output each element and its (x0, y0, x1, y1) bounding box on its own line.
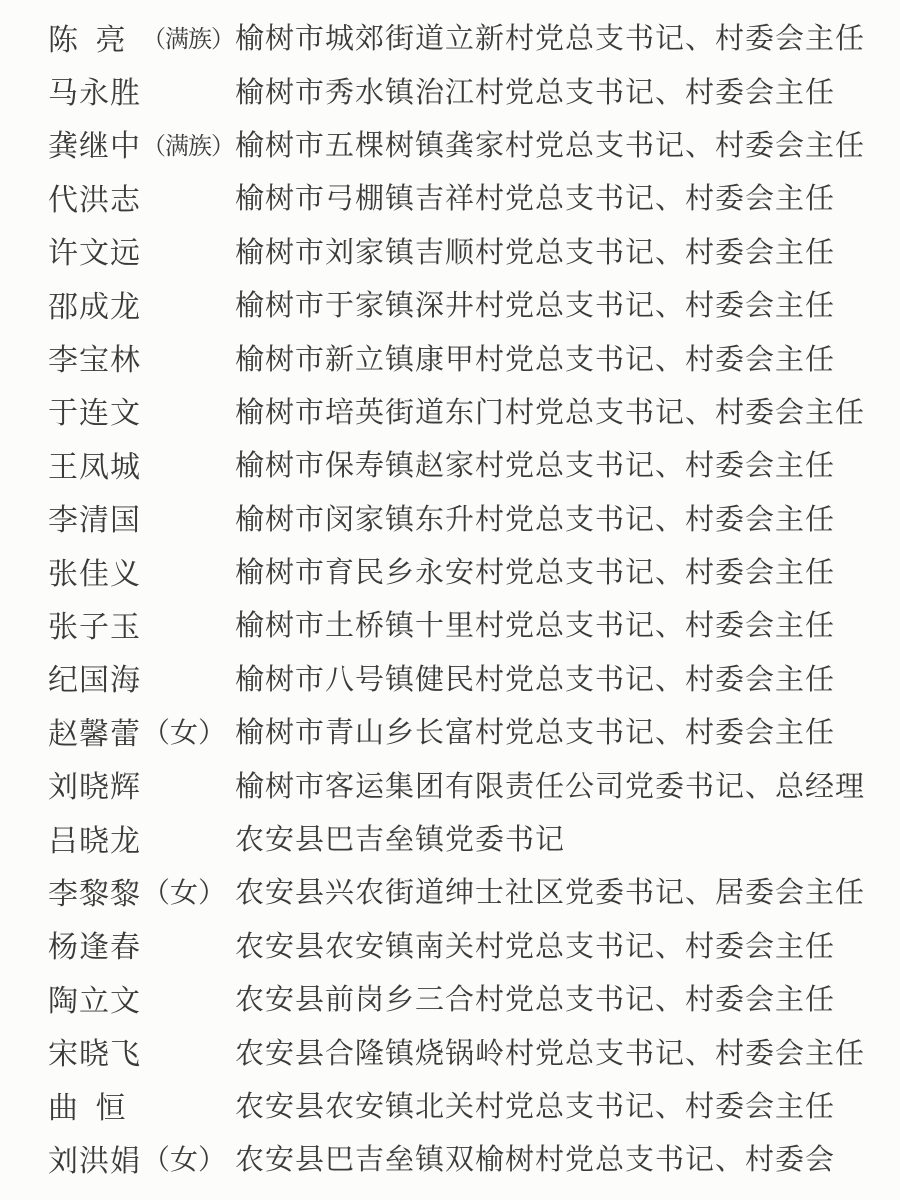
person-ethnicity-gender-tag: （满族） (142, 126, 234, 161)
person-name: 刘晓辉 (48, 762, 142, 806)
person-position: 榆树市闵家镇东升村党总支书记、村委会主任 (235, 497, 835, 538)
person-name: 纪国海 (48, 655, 142, 699)
person-name: 曲 恒 (48, 1083, 142, 1127)
name-cell: 吕晓龙 (48, 816, 235, 860)
list-item: 许文远 榆树市刘家镇吉顺村党总支书记、村委会主任 (48, 224, 880, 277)
list-item: 李黎黎 （女） 农安县兴农街道绅士社区党委书记、居委会主任 (48, 864, 880, 917)
person-name: 张子玉 (48, 602, 142, 646)
person-position: 榆树市育民乡永安村党总支书记、村委会主任 (235, 550, 835, 591)
name-cell: 于连文 (48, 388, 235, 432)
person-name: 李黎黎 (48, 869, 142, 913)
list-item: 龚继中 （满族） 榆树市五棵树镇龚家村党总支书记、村委会主任 (48, 117, 880, 170)
name-cell: 陶立文 (48, 976, 235, 1020)
name-cell: 许文远 (48, 228, 235, 272)
name-cell: 马永胜 (48, 68, 235, 112)
list-item: 吕晓龙 农安县巴吉垒镇党委书记 (48, 811, 880, 864)
list-item: 陈 亮 （满族） 榆树市城郊街道立新村党总支书记、村委会主任 (48, 10, 880, 63)
name-cell: 代洪志 (48, 175, 235, 219)
person-position: 榆树市于家镇深井村党总支书记、村委会主任 (235, 283, 835, 324)
person-name: 于连文 (48, 388, 142, 432)
person-position: 农安县兴农街道绅士社区党委书记、居委会主任 (235, 870, 865, 911)
person-position: 榆树市城郊街道立新村党总支书记、村委会主任 (235, 16, 865, 57)
name-cell: 李黎黎 （女） (48, 869, 235, 913)
list-item: 纪国海 榆树市八号镇健民村党总支书记、村委会主任 (48, 651, 880, 704)
name-cell: 杨逢春 (48, 922, 235, 966)
person-position: 农安县合隆镇烧锅岭村党总支书记、村委会主任 (235, 1031, 865, 1072)
person-name: 陶立文 (48, 976, 142, 1020)
person-position: 榆树市保寿镇赵家村党总支书记、村委会主任 (235, 443, 835, 484)
person-name: 邵成龙 (48, 282, 142, 326)
person-name: 马永胜 (48, 68, 142, 112)
person-name: 李宝林 (48, 335, 142, 379)
name-cell: 刘洪娟 （女） (48, 1136, 235, 1180)
person-name: 许文远 (48, 228, 142, 272)
person-name: 李清国 (48, 495, 142, 539)
list-item: 李清国 榆树市闵家镇东升村党总支书记、村委会主任 (48, 491, 880, 544)
person-ethnicity-gender-tag: （女） (142, 871, 226, 911)
person-name: 王凤城 (48, 442, 142, 486)
person-position: 榆树市弓棚镇吉祥村党总支书记、村委会主任 (235, 176, 835, 217)
name-cell: 张子玉 (48, 602, 235, 646)
name-cell: 李宝林 (48, 335, 235, 379)
person-position: 农安县巴吉垒镇党委书记 (235, 817, 565, 858)
person-position: 榆树市土桥镇十里村党总支书记、村委会主任 (235, 603, 835, 644)
person-position: 榆树市青山乡长富村党总支书记、村委会主任 (235, 710, 835, 751)
list-item: 邵成龙 榆树市于家镇深井村党总支书记、村委会主任 (48, 277, 880, 330)
person-position: 榆树市五棵树镇龚家村党总支书记、村委会主任 (235, 123, 865, 164)
person-name: 宋晓飞 (48, 1029, 142, 1073)
person-ethnicity-gender-tag: （女） (142, 711, 226, 751)
person-name: 吕晓龙 (48, 816, 142, 860)
list-item: 宋晓飞 农安县合隆镇烧锅岭村党总支书记、村委会主任 (48, 1024, 880, 1077)
name-cell: 刘晓辉 (48, 762, 235, 806)
list-item: 李宝林 榆树市新立镇康甲村党总支书记、村委会主任 (48, 330, 880, 383)
list-item: 张佳义 榆树市育民乡永安村党总支书记、村委会主任 (48, 544, 880, 597)
list-item: 张子玉 榆树市土桥镇十里村党总支书记、村委会主任 (48, 597, 880, 650)
list-item: 马永胜 榆树市秀水镇治江村党总支书记、村委会主任 (48, 63, 880, 116)
list-item: 刘洪娟 （女） 农安县巴吉垒镇双榆树村党总支书记、村委会 (48, 1131, 880, 1184)
name-cell: 陈 亮 （满族） (48, 15, 235, 59)
person-position: 榆树市新立镇康甲村党总支书记、村委会主任 (235, 337, 835, 378)
person-ethnicity-gender-tag: （满族） (142, 19, 234, 54)
person-position: 农安县农安镇北关村党总支书记、村委会主任 (235, 1084, 835, 1125)
name-cell: 宋晓飞 (48, 1029, 235, 1073)
person-position: 榆树市八号镇健民村党总支书记、村委会主任 (235, 657, 835, 698)
list-item: 陶立文 农安县前岗乡三合村党总支书记、村委会主任 (48, 971, 880, 1024)
person-ethnicity-gender-tag: （女） (142, 1138, 226, 1178)
list-item: 王凤城 榆树市保寿镇赵家村党总支书记、村委会主任 (48, 437, 880, 490)
person-name: 刘洪娟 (48, 1136, 142, 1180)
list-item: 曲 恒 农安县农安镇北关村党总支书记、村委会主任 (48, 1078, 880, 1131)
person-name: 龚继中 (48, 121, 142, 165)
list-item: 杨逢春 农安县农安镇南关村党总支书记、村委会主任 (48, 918, 880, 971)
name-cell: 纪国海 (48, 655, 235, 699)
name-cell: 李清国 (48, 495, 235, 539)
person-position: 农安县前岗乡三合村党总支书记、村委会主任 (235, 977, 835, 1018)
person-name: 张佳义 (48, 549, 142, 593)
person-name: 赵馨蕾 (48, 709, 142, 753)
name-cell: 邵成龙 (48, 282, 235, 326)
list-item: 刘晓辉 榆树市客运集团有限责任公司党委书记、总经理 (48, 757, 880, 810)
name-cell: 张佳义 (48, 549, 235, 593)
list-item: 代洪志 榆树市弓棚镇吉祥村党总支书记、村委会主任 (48, 170, 880, 223)
person-position: 榆树市刘家镇吉顺村党总支书记、村委会主任 (235, 230, 835, 271)
person-name: 陈 亮 (48, 15, 142, 59)
name-cell: 赵馨蕾 （女） (48, 709, 235, 753)
name-cell: 王凤城 (48, 442, 235, 486)
person-position: 榆树市秀水镇治江村党总支书记、村委会主任 (235, 70, 835, 111)
person-name: 代洪志 (48, 175, 142, 219)
person-name: 杨逢春 (48, 922, 142, 966)
person-position: 农安县农安镇南关村党总支书记、村委会主任 (235, 924, 835, 965)
name-cell: 曲 恒 (48, 1083, 235, 1127)
person-position: 榆树市客运集团有限责任公司党委书记、总经理 (235, 764, 865, 805)
name-cell: 龚继中 （满族） (48, 121, 235, 165)
person-position: 榆树市培英街道东门村党总支书记、村委会主任 (235, 390, 865, 431)
person-position: 农安县巴吉垒镇双榆树村党总支书记、村委会 (235, 1137, 835, 1178)
appointment-list: 陈 亮 （满族） 榆树市城郊街道立新村党总支书记、村委会主任 马永胜 榆树市秀水… (48, 10, 880, 1185)
document-page: 陈 亮 （满族） 榆树市城郊街道立新村党总支书记、村委会主任 马永胜 榆树市秀水… (0, 0, 900, 1200)
list-item: 赵馨蕾 （女） 榆树市青山乡长富村党总支书记、村委会主任 (48, 704, 880, 757)
list-item: 于连文 榆树市培英街道东门村党总支书记、村委会主任 (48, 384, 880, 437)
